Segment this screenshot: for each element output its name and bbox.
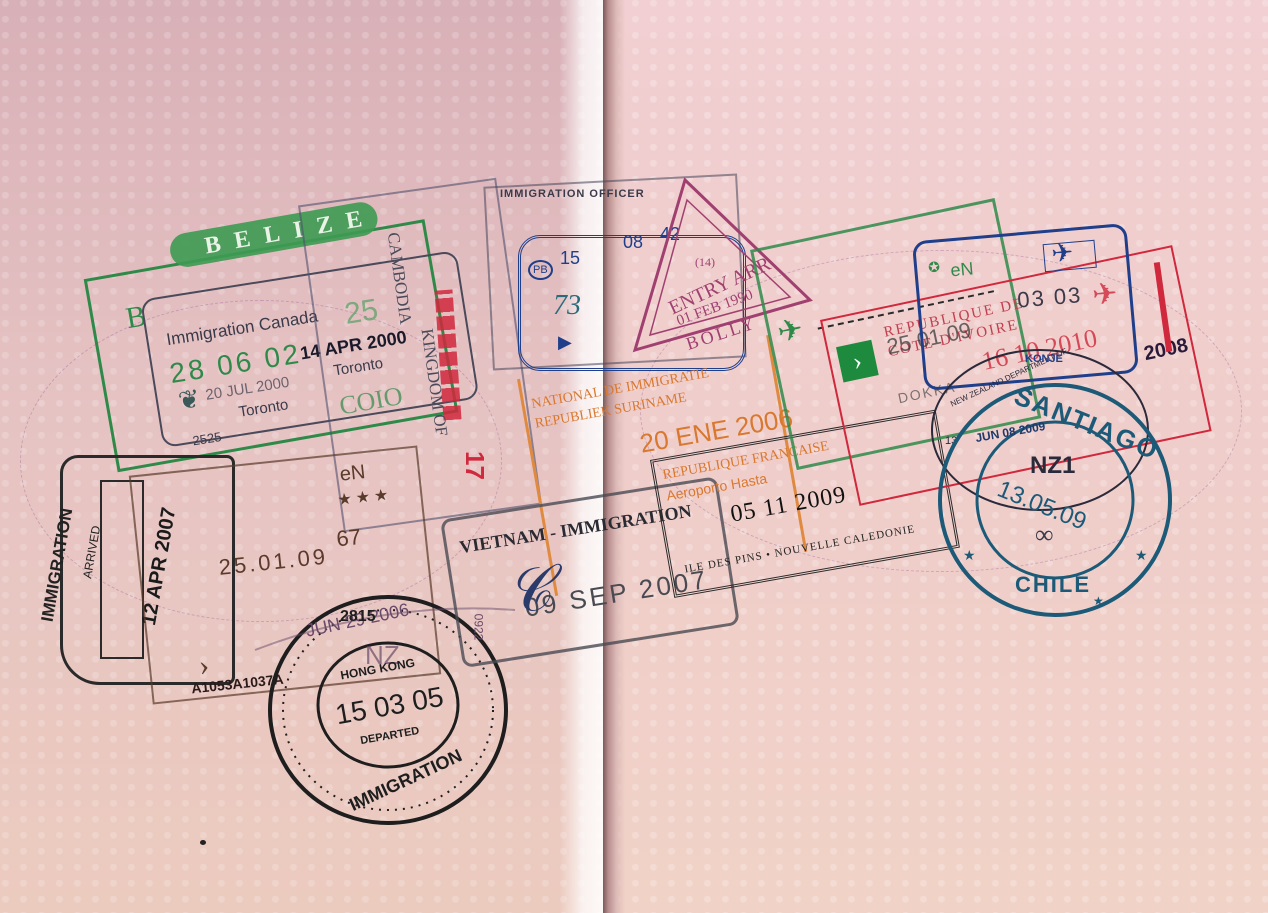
svg-text:★: ★: [1135, 549, 1148, 564]
arrow-box-icon: ›: [836, 340, 879, 383]
officer-num-1: 15: [560, 248, 580, 269]
svg-text:★: ★: [963, 549, 976, 564]
officer-handwritten: 73: [553, 290, 581, 322]
signature-mark-icon: ∞: [1035, 520, 1054, 550]
play-triangle-icon: ▶: [558, 332, 572, 353]
chile-country: NZ1: [1030, 452, 1075, 480]
nz-departed-number: 2815: [340, 608, 376, 626]
eu-label: eN: [339, 461, 367, 487]
airplane-blue-icon: ✈: [1050, 238, 1074, 270]
stamp-chile: ★ ★ ★ SANTIAGO JUN 08 2009 NZ1 13.05.09 …: [935, 380, 1180, 625]
svg-text:★: ★: [1093, 594, 1104, 608]
airplane-red-icon: ✈: [1091, 276, 1119, 313]
officer-code: PB: [528, 260, 553, 280]
nz-dept-place: KONJE: [1025, 353, 1063, 365]
ink-dot: [200, 840, 206, 845]
triangle-line-1: (14): [695, 255, 715, 270]
eu-blue-label: eN: [950, 258, 975, 281]
stars-green-icon: ✪: [928, 259, 941, 277]
maple-leaf-icon: ❦: [176, 384, 202, 417]
eu-number: 67: [335, 524, 362, 552]
chile-bottom: CHILE: [1015, 572, 1091, 598]
